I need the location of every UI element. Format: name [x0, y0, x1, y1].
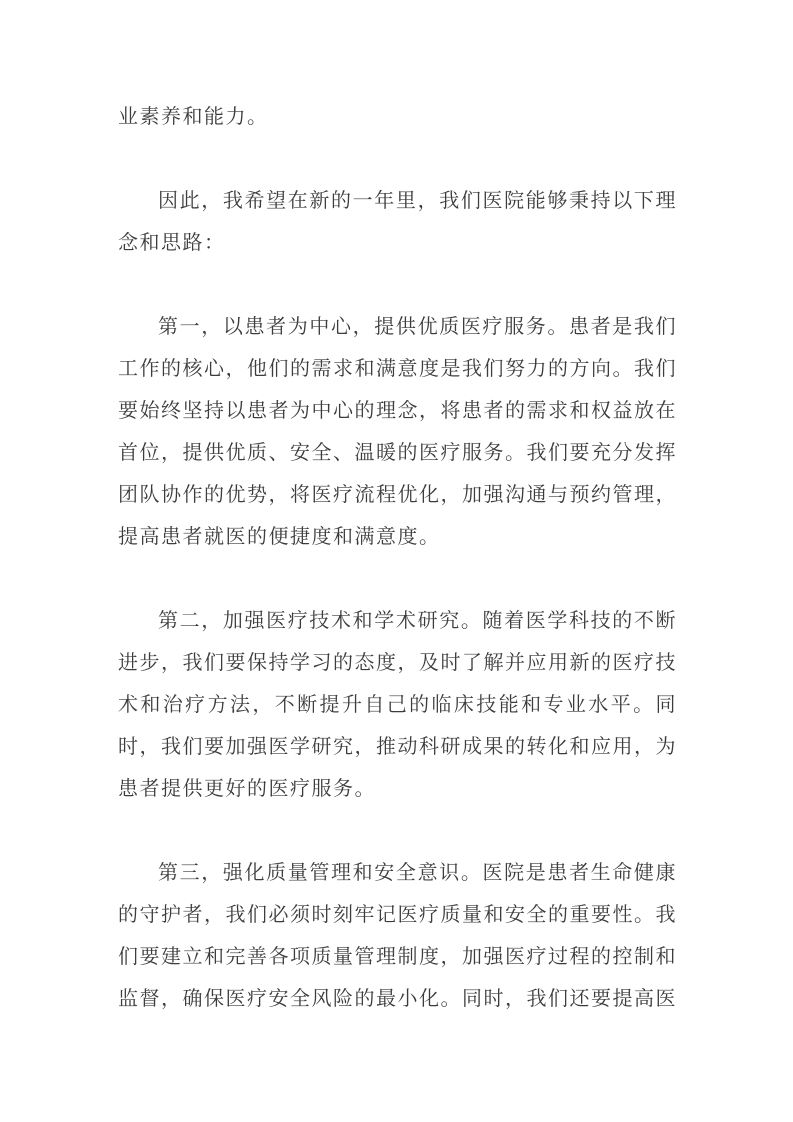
paragraph-point-two: 第二，加强医疗技术和学术研究。随着医学科技的不断进步，我们要保持学习的态度，及时… — [118, 600, 677, 810]
paragraph-continuation: 业素养和能力。 — [118, 96, 677, 138]
paragraph-intro: 因此，我希望在新的一年里，我们医院能够秉持以下理念和思路： — [118, 180, 677, 264]
document-page: 业素养和能力。 因此，我希望在新的一年里，我们医院能够秉持以下理念和思路： 第一… — [0, 0, 793, 1122]
paragraph-point-one: 第一，以患者为中心，提供优质医疗服务。患者是我们工作的核心，他们的需求和满意度是… — [118, 306, 677, 558]
document-text-block: 业素养和能力。 因此，我希望在新的一年里，我们医院能够秉持以下理念和思路： 第一… — [118, 96, 677, 1020]
paragraph-point-three: 第三，强化质量管理和安全意识。医院是患者生命健康的守护者，我们必须时刻牢记医疗质… — [118, 852, 677, 1020]
